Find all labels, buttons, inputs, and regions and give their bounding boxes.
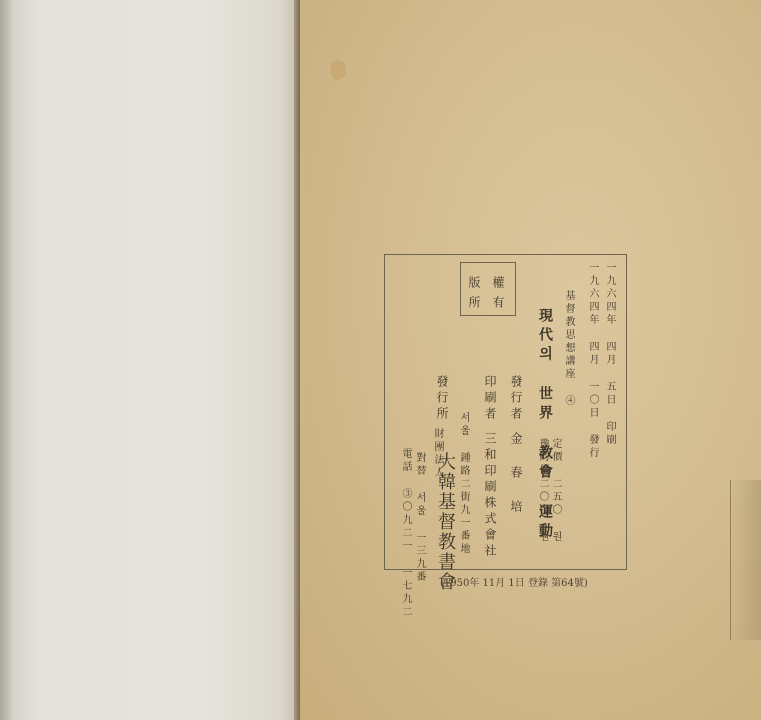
paper-stain (330, 60, 346, 80)
seal-char-4: 所 (468, 296, 480, 312)
page-tear-edge (730, 480, 761, 640)
publish-date: 一九六四年 四月 一〇日 發行 (587, 262, 597, 460)
issuer-name: 大韓基督教書會 (436, 452, 454, 592)
price-value: 二五〇 원 (550, 478, 560, 544)
phone-number: 電話 ③〇九二一 一七九二 (400, 448, 410, 619)
transfer-account: 對替 서울 一三九番 (414, 452, 424, 584)
publisher-name: 金 春 培 (510, 432, 522, 516)
seal-char-3: 版 (468, 276, 480, 292)
print-date: 一九六四年 四月 五日 印刷 (604, 262, 614, 447)
printer-label: 印刷者 (484, 375, 496, 423)
preorder-value: 二〇〇 원 (537, 478, 547, 544)
series-name: 基督教思想講座 ④ (563, 290, 573, 408)
publisher-label: 發行者 (510, 375, 522, 423)
issuer-label: 發行所 (436, 375, 448, 423)
issuer-address: 서울 鍾路二街九一番地 (458, 412, 468, 556)
seal-char-2: 有 (492, 296, 504, 312)
price-label: 定價 (550, 438, 560, 464)
seal-char-1: 權 (492, 276, 504, 292)
left-blank-page (0, 0, 297, 720)
printer-name: 三和印刷株式會社 (484, 432, 496, 560)
registration-note: (1950年 11月 1日 登錄 第64號) (440, 574, 588, 589)
preorder-label: 豫約價 (537, 438, 547, 477)
